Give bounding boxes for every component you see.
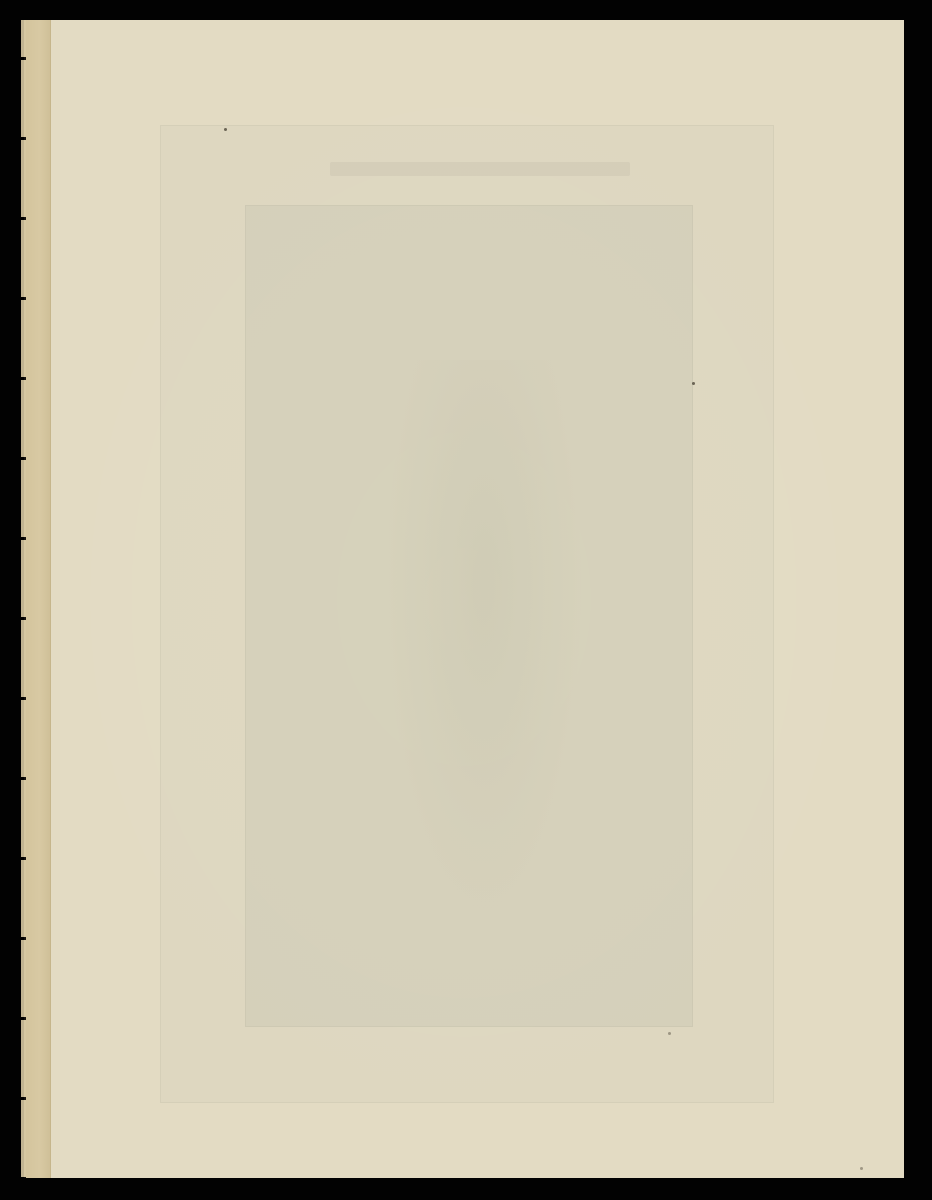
bleed-through-plate-title [330,162,630,176]
paper-speck [860,1167,863,1170]
binding-gutter-strip [24,20,51,1178]
bleed-through-figure [384,360,584,920]
paper-speck [668,1032,671,1035]
paper-page [24,20,904,1178]
paper-speck [224,128,227,131]
scan-background [0,0,932,1200]
paper-speck [692,382,695,385]
torn-left-edge [21,20,26,1178]
